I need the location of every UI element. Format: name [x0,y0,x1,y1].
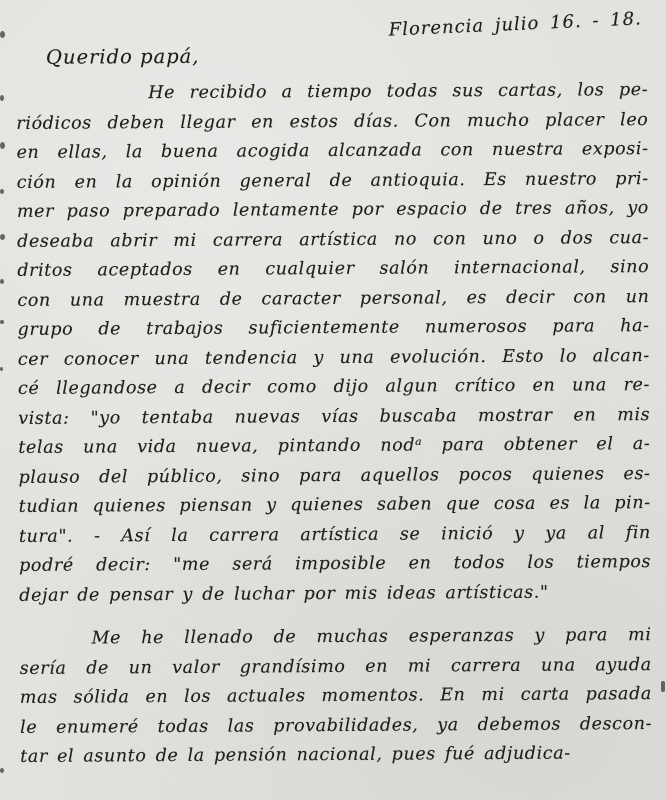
letter-line: cé llegandose a decir como dijo algun cr… [18,371,650,404]
letter-line: dejar de pensar y de luchar por mis idea… [19,578,651,611]
scan-speck [0,279,4,284]
letter-line: plauso del público, sino para aquellos p… [18,460,650,493]
letter-line: riódicos deben llegar en estos días. Con… [16,106,648,139]
scan-speck [0,768,4,773]
scan-speck [661,681,665,692]
letter-paragraph-2: Me he llenado de muchas esperanzas y par… [19,621,652,772]
letter-paragraph-1: He recibido a tiempo todas sus cartas, l… [16,76,651,611]
scan-speck [0,189,4,194]
letter-line: cer conocer una tendencia y una evolució… [18,342,650,375]
letter-line: tar el asunto de la pensión nacional, pu… [20,739,652,772]
letter-content: Florencia julio 16. - 18. Querido papá, … [0,0,666,773]
letter-line: tudian quienes piensan y quienes saben q… [19,489,651,522]
letter-line: Me he llenado de muchas esperanzas y par… [19,621,651,654]
letter-line: dritos aceptados en cualquier salón inte… [17,253,649,286]
letter-line: telas una vida nueva, pintando nodᵃ para… [18,430,650,463]
scan-speck [0,31,5,38]
letter-line: deseaba abrir mi carrera artística no co… [17,224,649,257]
scan-speck [0,234,5,240]
letter-line: ción en la opinión general de antioquia.… [17,165,649,198]
letter-line: podré decir: "me será imposible en todos… [19,548,651,581]
scan-speck [0,95,4,101]
letter-line: con una muestra de caracter personal, es… [17,283,649,316]
letter-line: vista: "yo tentaba nuevas vías buscaba m… [18,401,650,434]
letter-line: le enumeré todas las provabilidades, ya … [20,710,652,743]
letter-line: mas sólida en los actuales momentos. En … [20,680,652,713]
scan-speck [0,320,4,324]
scan-speck [0,367,3,371]
letter-line: grupo de trabajos suficientemente numero… [18,312,650,345]
letter-line: He recibido a tiempo todas sus cartas, l… [16,76,648,109]
letter-line: mer paso preparado lentamente por espaci… [17,194,649,227]
letter-line: tura". - Así la carrera artística se ini… [19,519,651,552]
letter-line: en ellas, la buena acogida alcanzada con… [16,135,648,168]
letter-line: sería de un valor grandísimo en mi carre… [20,651,652,684]
letter-page: Florencia julio 16. - 18. Querido papá, … [0,0,666,800]
scan-speck [0,142,5,149]
